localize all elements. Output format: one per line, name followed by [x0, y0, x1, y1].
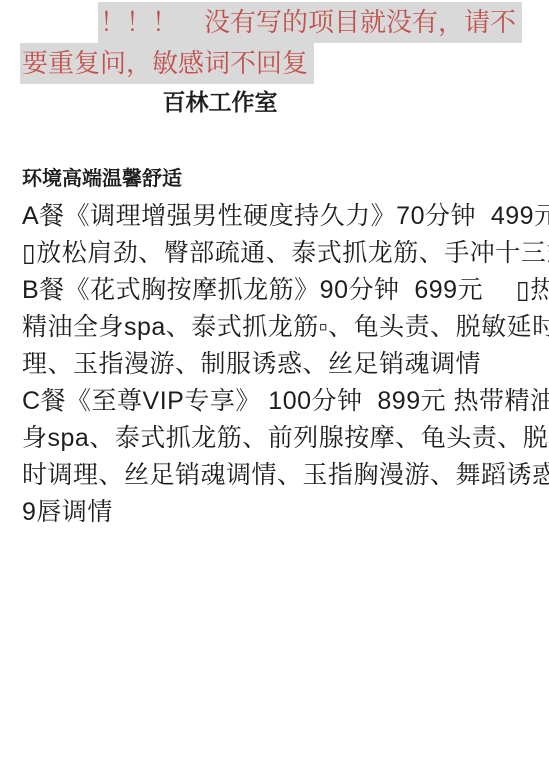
price-list-page: ！！！ 没有写的项目就没有，请不 要重复问，敏感词不回复 百林工作室 环境高端温…	[0, 0, 549, 760]
studio-title: 百林工作室	[0, 88, 440, 116]
plan-b-line-3: 理、玉指漫游、制服诱惑、丝足销魂调情	[22, 346, 529, 383]
notice-line-2: 要重复问，敏感词不回复	[20, 43, 314, 84]
price-list-content: 环境高端温馨舒适 A餐《调理增强男性硬度持久力》70分钟 499元 ▯放松肩劲、…	[0, 161, 549, 531]
plan-a-line-2: ▯放松肩劲、臀部疏通、泰式抓龙筋、手冲十三式	[22, 235, 529, 272]
notice-line-1-wrap: ！！！ 没有写的项目就没有，请不	[0, 2, 549, 43]
notice-line-2-wrap: 要重复问，敏感词不回复	[0, 43, 549, 84]
notice-banner: ！！！ 没有写的项目就没有，请不 要重复问，敏感词不回复	[0, 0, 549, 84]
plan-c-line-4: 9唇调情	[22, 494, 529, 531]
studio-tagline: 环境高端温馨舒适	[22, 161, 529, 198]
plan-c-line-2: 身spa、泰式抓龙筋、前列腺按摩、龟头责、脱敏延	[22, 420, 529, 457]
notice-line-1: ！！！ 没有写的项目就没有，请不	[98, 2, 522, 43]
plan-c-line-1: C餐《至尊VIP专享》 100分钟 899元 热带精油全	[22, 383, 529, 420]
plan-c-line-3: 时调理、丝足销魂调情、玉指胸漫游、舞蹈诱惑、6	[22, 457, 529, 494]
plan-a-line-1: A餐《调理增强男性硬度持久力》70分钟 499元	[22, 198, 529, 235]
plan-b-line-2: 精油全身spa、泰式抓龙筋▫、龟头责、脱敏延时调	[22, 309, 529, 346]
plan-b-line-1: B餐《花式胸按摩抓龙筋》90分钟 699元 ▯热带	[22, 272, 529, 309]
